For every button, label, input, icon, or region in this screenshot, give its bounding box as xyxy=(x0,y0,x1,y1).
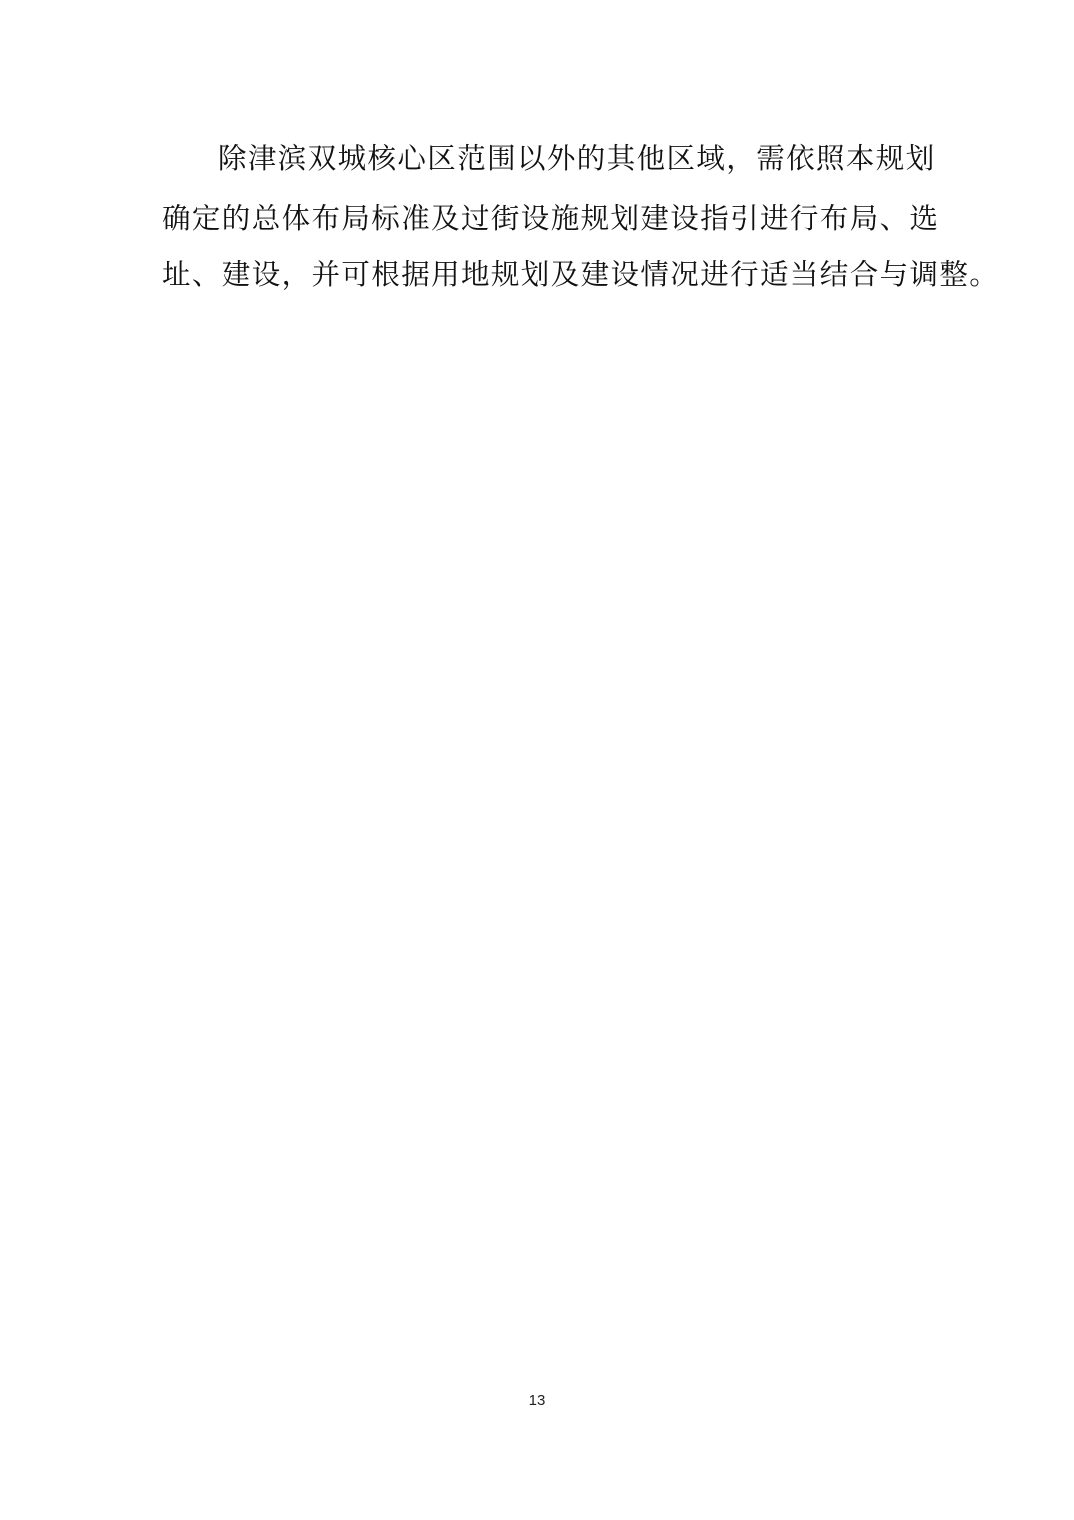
paragraph-line-1: 除津滨双城核心区范围以外的其他区域，需依照本规划 xyxy=(218,135,936,183)
document-page: 除津滨双城核心区范围以外的其他区域，需依照本规划 确定的总体布局标准及过街设施规… xyxy=(0,0,1074,1520)
paragraph-line-2: 确定的总体布局标准及过街设施规划建设指引进行布局、选 xyxy=(162,195,939,243)
paragraph-line-3: 址、建设，并可根据用地规划及建设情况进行适当结合与调整。 xyxy=(162,251,999,299)
page-number: 13 xyxy=(0,1392,1074,1409)
